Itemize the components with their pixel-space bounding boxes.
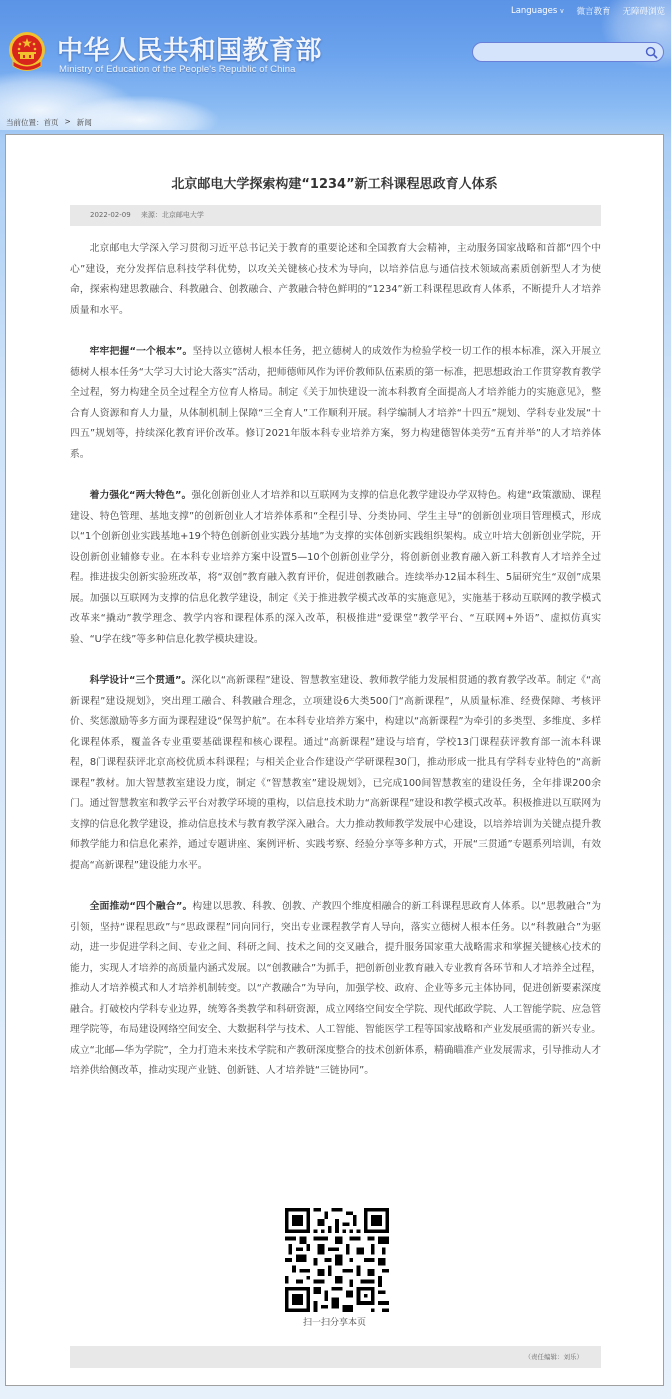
paragraph-text: 北京邮电大学深入学习贯彻习近平总书记关于教育的重要论述和全国教育大会精神，主动服…: [70, 243, 601, 316]
site-header: 中华人民共和国教育部 Ministry of Education of the …: [0, 0, 671, 130]
paragraph-text: 坚持以立德树人根本任务，把立德树人的成效作为检验学校一切工作的根本标准，深入开展…: [70, 346, 601, 460]
paragraph-lead: 全面推动“四个融合”。: [90, 901, 193, 912]
paragraph-lead: 科学设计“三个贯通”。: [90, 675, 192, 686]
article-meta: 2022-02-09 来源：北京邮电大学: [70, 205, 601, 226]
site-logo-english[interactable]: Ministry of Education of the People's Re…: [59, 64, 296, 75]
breadcrumb-separator: >: [65, 117, 71, 128]
paragraph-text: 深化以“高新课程”建设、智慧教室建设、教师教学能力发展相贯通的教育教学改革。制定…: [70, 675, 601, 871]
article-container: 北京邮电大学探索构建“1234”新工科课程思政育人体系 2022-02-09 来…: [5, 134, 664, 1386]
national-emblem-icon[interactable]: [7, 31, 47, 75]
article-paragraph: 全面推动“四个融合”。构建以思教、科教、创教、产教四个维度相融合的新工科课程思政…: [70, 897, 601, 1082]
languages-label: Languages: [511, 6, 557, 16]
paragraph-text: 强化创新创业人才培养和以互联网为支撑的信息化教学建设办学双特色。构建“政策激励、…: [70, 490, 601, 645]
search-icon[interactable]: [645, 46, 658, 59]
breadcrumb-news[interactable]: 新闻: [77, 117, 92, 128]
article-paragraph: 着力强化“两大特色”。强化创新创业人才培养和以互联网为支撑的信息化教学建设办学双…: [70, 486, 601, 650]
top-links: Languages∨ 微言教育 无障碍浏览: [511, 5, 665, 17]
qr-caption: 扫一扫分享本页: [6, 1315, 663, 1328]
article-source: 来源：北京邮电大学: [141, 211, 204, 219]
chevron-down-icon: ∨: [559, 7, 564, 15]
weiyan-jiaoyu-link[interactable]: 微言教育: [576, 5, 610, 17]
breadcrumb-home[interactable]: 首页: [44, 117, 59, 128]
article-date: 2022-02-09: [90, 211, 131, 219]
paragraph-lead: 着力强化“两大特色”。: [90, 490, 192, 501]
article-paragraph: 北京邮电大学深入学习贯彻习近平总书记关于教育的重要论述和全国教育大会精神，主动服…: [70, 239, 601, 321]
article-paragraph: 牢牢把握“一个根本”。坚持以立德树人根本任务，把立德树人的成效作为检验学校一切工…: [70, 342, 601, 465]
article-body: 北京邮电大学深入学习贯彻习近平总书记关于教育的重要论述和全国教育大会精神，主动服…: [70, 239, 601, 1103]
article-paragraph: 科学设计“三个贯通”。深化以“高新课程”建设、智慧教室建设、教师教学能力发展相贯…: [70, 671, 601, 876]
responsible-editor: （责任编辑：刘乐）: [70, 1346, 601, 1368]
breadcrumb: 当前位置： 首页 > 新闻: [6, 117, 92, 128]
search-input[interactable]: [473, 47, 641, 65]
paragraph-lead: 牢牢把握“一个根本”。: [90, 346, 193, 357]
site-logo-chinese[interactable]: 中华人民共和国教育部: [57, 30, 322, 67]
search-box: [472, 42, 664, 62]
breadcrumb-prefix: 当前位置：: [6, 117, 44, 128]
paragraph-text: 构建以思教、科教、创教、产教四个维度相融合的新工科课程思政育人体系。以“思教融合…: [70, 901, 601, 1076]
languages-dropdown[interactable]: Languages∨: [511, 6, 565, 16]
article-title: 北京邮电大学探索构建“1234”新工科课程思政育人体系: [6, 173, 663, 192]
accessibility-link[interactable]: 无障碍浏览: [622, 5, 665, 17]
share-qr-code: [285, 1208, 389, 1312]
